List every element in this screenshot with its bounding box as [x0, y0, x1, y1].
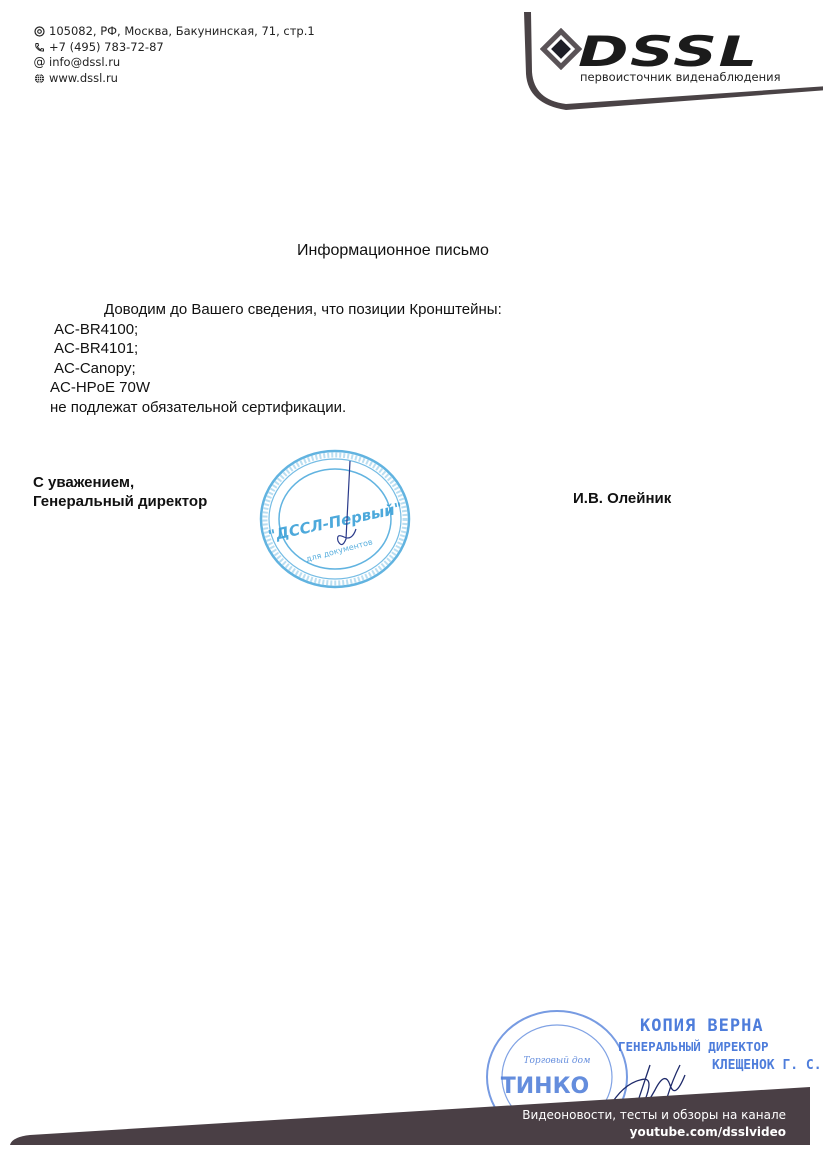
logo-tagline: первоисточник виденаблюдения: [580, 70, 781, 84]
footer-tagline: Видеоновости, тесты и обзоры на канале: [522, 1107, 786, 1124]
phone-row: +7 (495) 783-72-87: [34, 40, 315, 56]
address-row: 105082, РФ, Москва, Бакунинская, 71, стр…: [34, 24, 315, 40]
certify-line1: КОПИЯ ВЕРНА: [640, 1016, 764, 1036]
letter-intro: Доводим до Вашего сведения, что позиции …: [50, 300, 502, 320]
signer-name: И.В. Олейник: [573, 490, 671, 507]
certify-line3: КЛЕЩЕНОК Г. С.: [712, 1058, 822, 1073]
location-pin-icon: [34, 26, 45, 37]
email-row: @ info@dssl.ru: [34, 55, 315, 71]
email-text: info@dssl.ru: [49, 55, 120, 71]
footer-text: Видеоновости, тесты и обзоры на канале y…: [522, 1107, 786, 1141]
svg-text:Торговый дом: Торговый дом: [524, 1056, 591, 1066]
website-text: www.dssl.ru: [49, 71, 118, 87]
website-row: www.dssl.ru: [34, 71, 315, 87]
phone-text: +7 (495) 783-72-87: [49, 40, 164, 56]
closing-regards: С уважением,: [33, 473, 207, 492]
svg-text:для документов: для документов: [305, 537, 374, 563]
contact-info: 105082, РФ, Москва, Бакунинская, 71, стр…: [34, 24, 315, 86]
product-item: AC-BR4101;: [50, 339, 502, 359]
logo-emblem-icon: [540, 28, 582, 75]
letter-conclusion: не подлежат обязательной сертификации.: [50, 398, 502, 418]
product-item: AC-HPoE 70W: [50, 378, 502, 398]
at-sign-icon: @: [34, 57, 45, 68]
phone-icon: [34, 42, 45, 53]
footer-youtube-link[interactable]: youtube.com/dsslvideo: [522, 1124, 786, 1141]
product-item: AC-Canopy;: [50, 359, 502, 379]
signer-position: Генеральный директор: [33, 492, 207, 511]
letter-closing: С уважением, Генеральный директор: [33, 473, 207, 511]
product-item: AC-BR4100;: [50, 320, 502, 340]
globe-icon: [34, 73, 45, 84]
letter-body: Доводим до Вашего сведения, что позиции …: [50, 300, 502, 417]
letter-title: Информационное письмо: [297, 242, 489, 260]
company-stamp: "ДССЛ-Первый" для документов: [258, 449, 413, 594]
svg-text:"ДССЛ-Первый": "ДССЛ-Первый": [266, 499, 403, 545]
logo-brand: DSSL: [578, 27, 759, 76]
address-text: 105082, РФ, Москва, Бакунинская, 71, стр…: [49, 24, 315, 40]
